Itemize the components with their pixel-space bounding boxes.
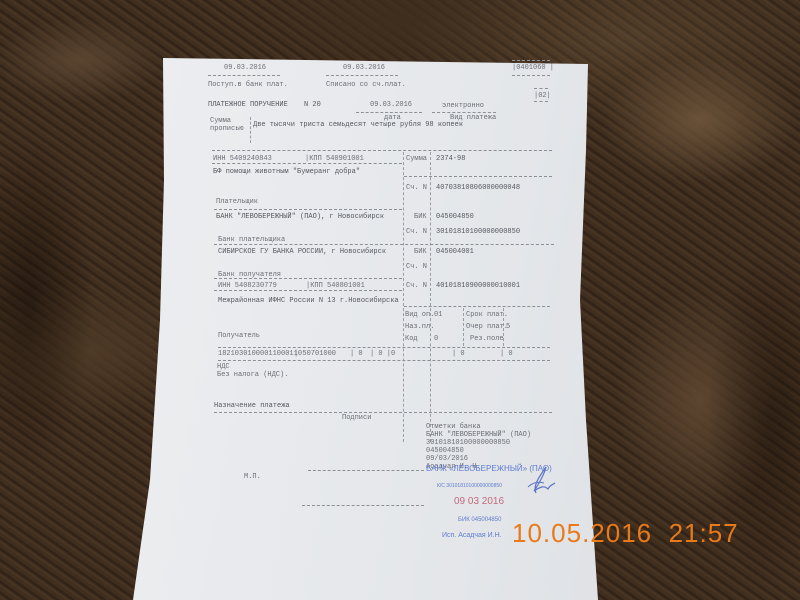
payee-account-label: Сч. N (406, 282, 427, 290)
purpose-label: Назначение платежа (214, 402, 290, 410)
document-number: N 20 (304, 101, 321, 109)
code-value: 0 (434, 335, 438, 343)
bank-marks-date: 09/03/2016 (426, 455, 468, 463)
amount-words-label: Сумма прописью (210, 117, 244, 133)
seal-label: М.П. (244, 473, 261, 481)
tax-field: | 0 |0 (370, 350, 395, 358)
payer-bank-bik: 045004850 (436, 213, 474, 221)
order-value: 5 (506, 323, 510, 331)
payee-label: Получатель (218, 332, 260, 340)
debited-date: 09.03.2016 (343, 64, 385, 72)
payee-bank-bik: 045004001 (436, 248, 474, 256)
payer-account-label: Сч. N (406, 184, 427, 192)
document-date: 09.03.2016 (370, 101, 412, 109)
amount-words: Две тысячи триста семьдесят четыре рубля… (253, 121, 463, 129)
purpose-code-label: Наз.пл. (405, 323, 434, 331)
payer-bank-account-label: Сч. N (406, 228, 427, 236)
amount-label: Сумма (406, 155, 427, 163)
tax-field: | 0 (350, 350, 363, 358)
oktmo-code: | 50701000 (294, 350, 336, 358)
payment-order-document: 09.03.2016 Поступ.в банк плат. 09.03.201… (0, 0, 800, 600)
reserve-label: Рез.поле (470, 335, 504, 343)
code-label: Код (405, 335, 418, 343)
vat-text: Без налога (НДС). (217, 371, 288, 379)
payer-bank-account: 30101810100000000850 (436, 228, 520, 236)
payee-inn: ИНН 5408230779 (218, 282, 277, 290)
op-type-label: Вид оп. (405, 311, 434, 319)
amount-value: 2374-98 (436, 155, 465, 163)
stamp-date: 09 03 2016 (454, 498, 504, 506)
payer-bank-label: Банк плательщика (218, 236, 285, 244)
stamp-officer: Исп. Асадчая И.Н. (442, 532, 502, 540)
payer-label: Плательщик (216, 198, 258, 206)
payee-bank-name: СИБИРСКОЕ ГУ БАНКА РОССИИ, г Новосибирск (218, 248, 386, 256)
payer-name: БФ помощи животным "Бумеранг добра" (213, 168, 360, 176)
bank-marks-account: 30101810100000000850 (426, 439, 510, 447)
payee-bank-account-label: Сч. N (406, 263, 427, 271)
bank-marks-bik: 045004850 (426, 447, 464, 455)
payee-account: 40101810900000010001 (436, 282, 520, 290)
tax-field: | 0 (500, 350, 513, 358)
payer-bank-name: БАНК "ЛЕВОБЕРЕЖНЫЙ" (ПАО), г Новосибирск (216, 213, 384, 221)
payer-account: 40703810806000000048 (436, 184, 520, 192)
document-title: ПЛАТЕЖНОЕ ПОРУЧЕНИЕ (208, 101, 288, 109)
due-label: Срок плат. (466, 311, 508, 319)
signatures-label: Подписи (342, 414, 371, 422)
stamp-account: К/С 30101810100000000850 (437, 482, 502, 490)
tax-field: | 0 (452, 350, 465, 358)
received-date: 09.03.2016 (224, 64, 266, 72)
payment-type: электронно (442, 102, 484, 110)
signature-icon (522, 465, 556, 495)
kbk-code: 18210301000011000110 (218, 350, 302, 358)
camera-timestamp: 10.05.2016 21:57 (512, 518, 739, 549)
payer-kpp: |КПП 540901001 (305, 155, 364, 163)
debited-label: Списано со сч.плат. (326, 81, 406, 89)
status-code: |02| (534, 92, 551, 100)
vat-label: НДС (217, 363, 230, 371)
form-code: |0401060 | (512, 64, 554, 72)
payer-bank-bik-label: БИК (414, 213, 427, 221)
bank-marks-bank: БАНК "ЛЕВОБЕРЕЖНЫЙ" (ПАО) (426, 431, 531, 439)
received-label: Поступ.в банк плат. (208, 81, 288, 89)
bank-marks-title: Отметки банка (426, 423, 481, 431)
stamp-bik: БИК 045004850 (458, 516, 501, 524)
payee-kpp: |КПП 540801001 (306, 282, 365, 290)
op-type: 01 (434, 311, 442, 319)
payer-inn: ИНН 5409240843 (213, 155, 272, 163)
payee-name: Межрайонная ИФНС России N 13 г.Новосибир… (218, 297, 399, 305)
order-label: Очер плат. (466, 323, 508, 331)
payee-bank-bik-label: БИК (414, 248, 427, 256)
